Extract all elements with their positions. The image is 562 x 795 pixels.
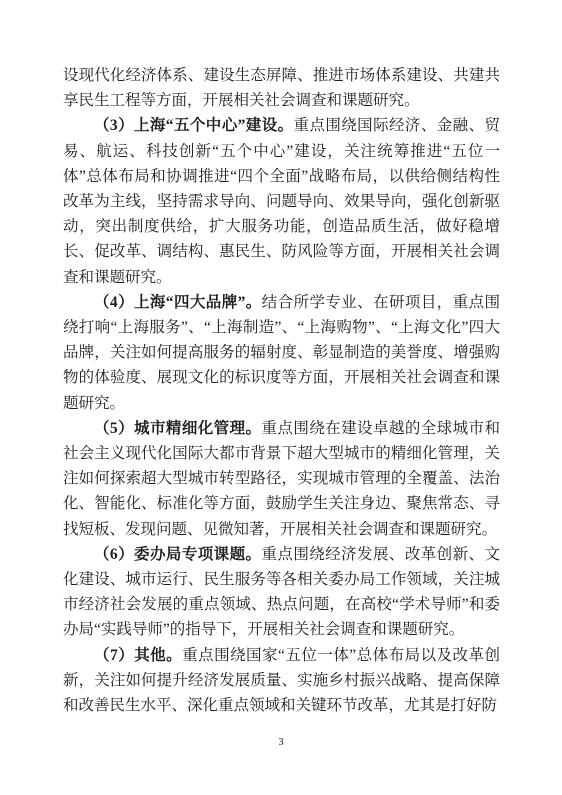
page-content: 设现代化经济体系、建设生态屏障、推进市场体系建设、共建共享民生工程等方面，开展相… (63, 63, 500, 718)
paragraph-heading: （6）委办局专项课题。 (94, 546, 261, 563)
paragraph-heading: （5）城市精细化管理。 (94, 420, 261, 437)
paragraph-item-4: （4）上海“四大品牌”。结合所学专业、在研项目，重点围绕打响“上海服务”、“上海… (63, 290, 500, 416)
paragraph-text: 重点围绕国际经济、金融、贸易、航运、科技创新“五个中心”建设，关注统筹推进“五位… (63, 117, 500, 285)
document-page: 设现代化经济体系、建设生态屏障、推进市场体系建设、共建共享民生工程等方面，开展相… (0, 0, 562, 795)
paragraph-item-3: （3）上海“五个中心”建设。重点围绕国际经济、金融、贸易、航运、科技创新“五个中… (63, 113, 500, 289)
paragraph-item-7: （7）其他。重点围绕国家“五位一体”总体布局以及改革创新，关注如何提升经济发展质… (63, 643, 500, 719)
paragraph-text: 设现代化经济体系、建设生态屏障、推进市场体系建设、共建共享民生工程等方面，开展相… (63, 67, 500, 109)
paragraph-text: 结合所学专业、在研项目，重点围绕打响“上海服务”、“上海制造”、“上海购物”、“… (63, 294, 500, 412)
paragraph-heading: （7）其他。 (94, 647, 182, 664)
paragraph-heading: （3）上海“五个中心”建设。 (94, 117, 294, 134)
paragraph-continuation: 设现代化经济体系、建设生态屏障、推进市场体系建设、共建共享民生工程等方面，开展相… (63, 63, 500, 113)
paragraph-text: 重点围绕在建设卓越的全球城市和社会主义现代化国际大都市背景下超大型城市的精细化管… (63, 420, 500, 538)
page-number: 3 (0, 737, 562, 748)
paragraph-item-6: （6）委办局专项课题。重点围绕经济发展、改革创新、文化建设、城市运行、民生服务等… (63, 542, 500, 643)
paragraph-item-5: （5）城市精细化管理。重点围绕在建设卓越的全球城市和社会主义现代化国际大都市背景… (63, 416, 500, 542)
paragraph-heading: （4）上海“四大品牌”。 (94, 294, 262, 311)
